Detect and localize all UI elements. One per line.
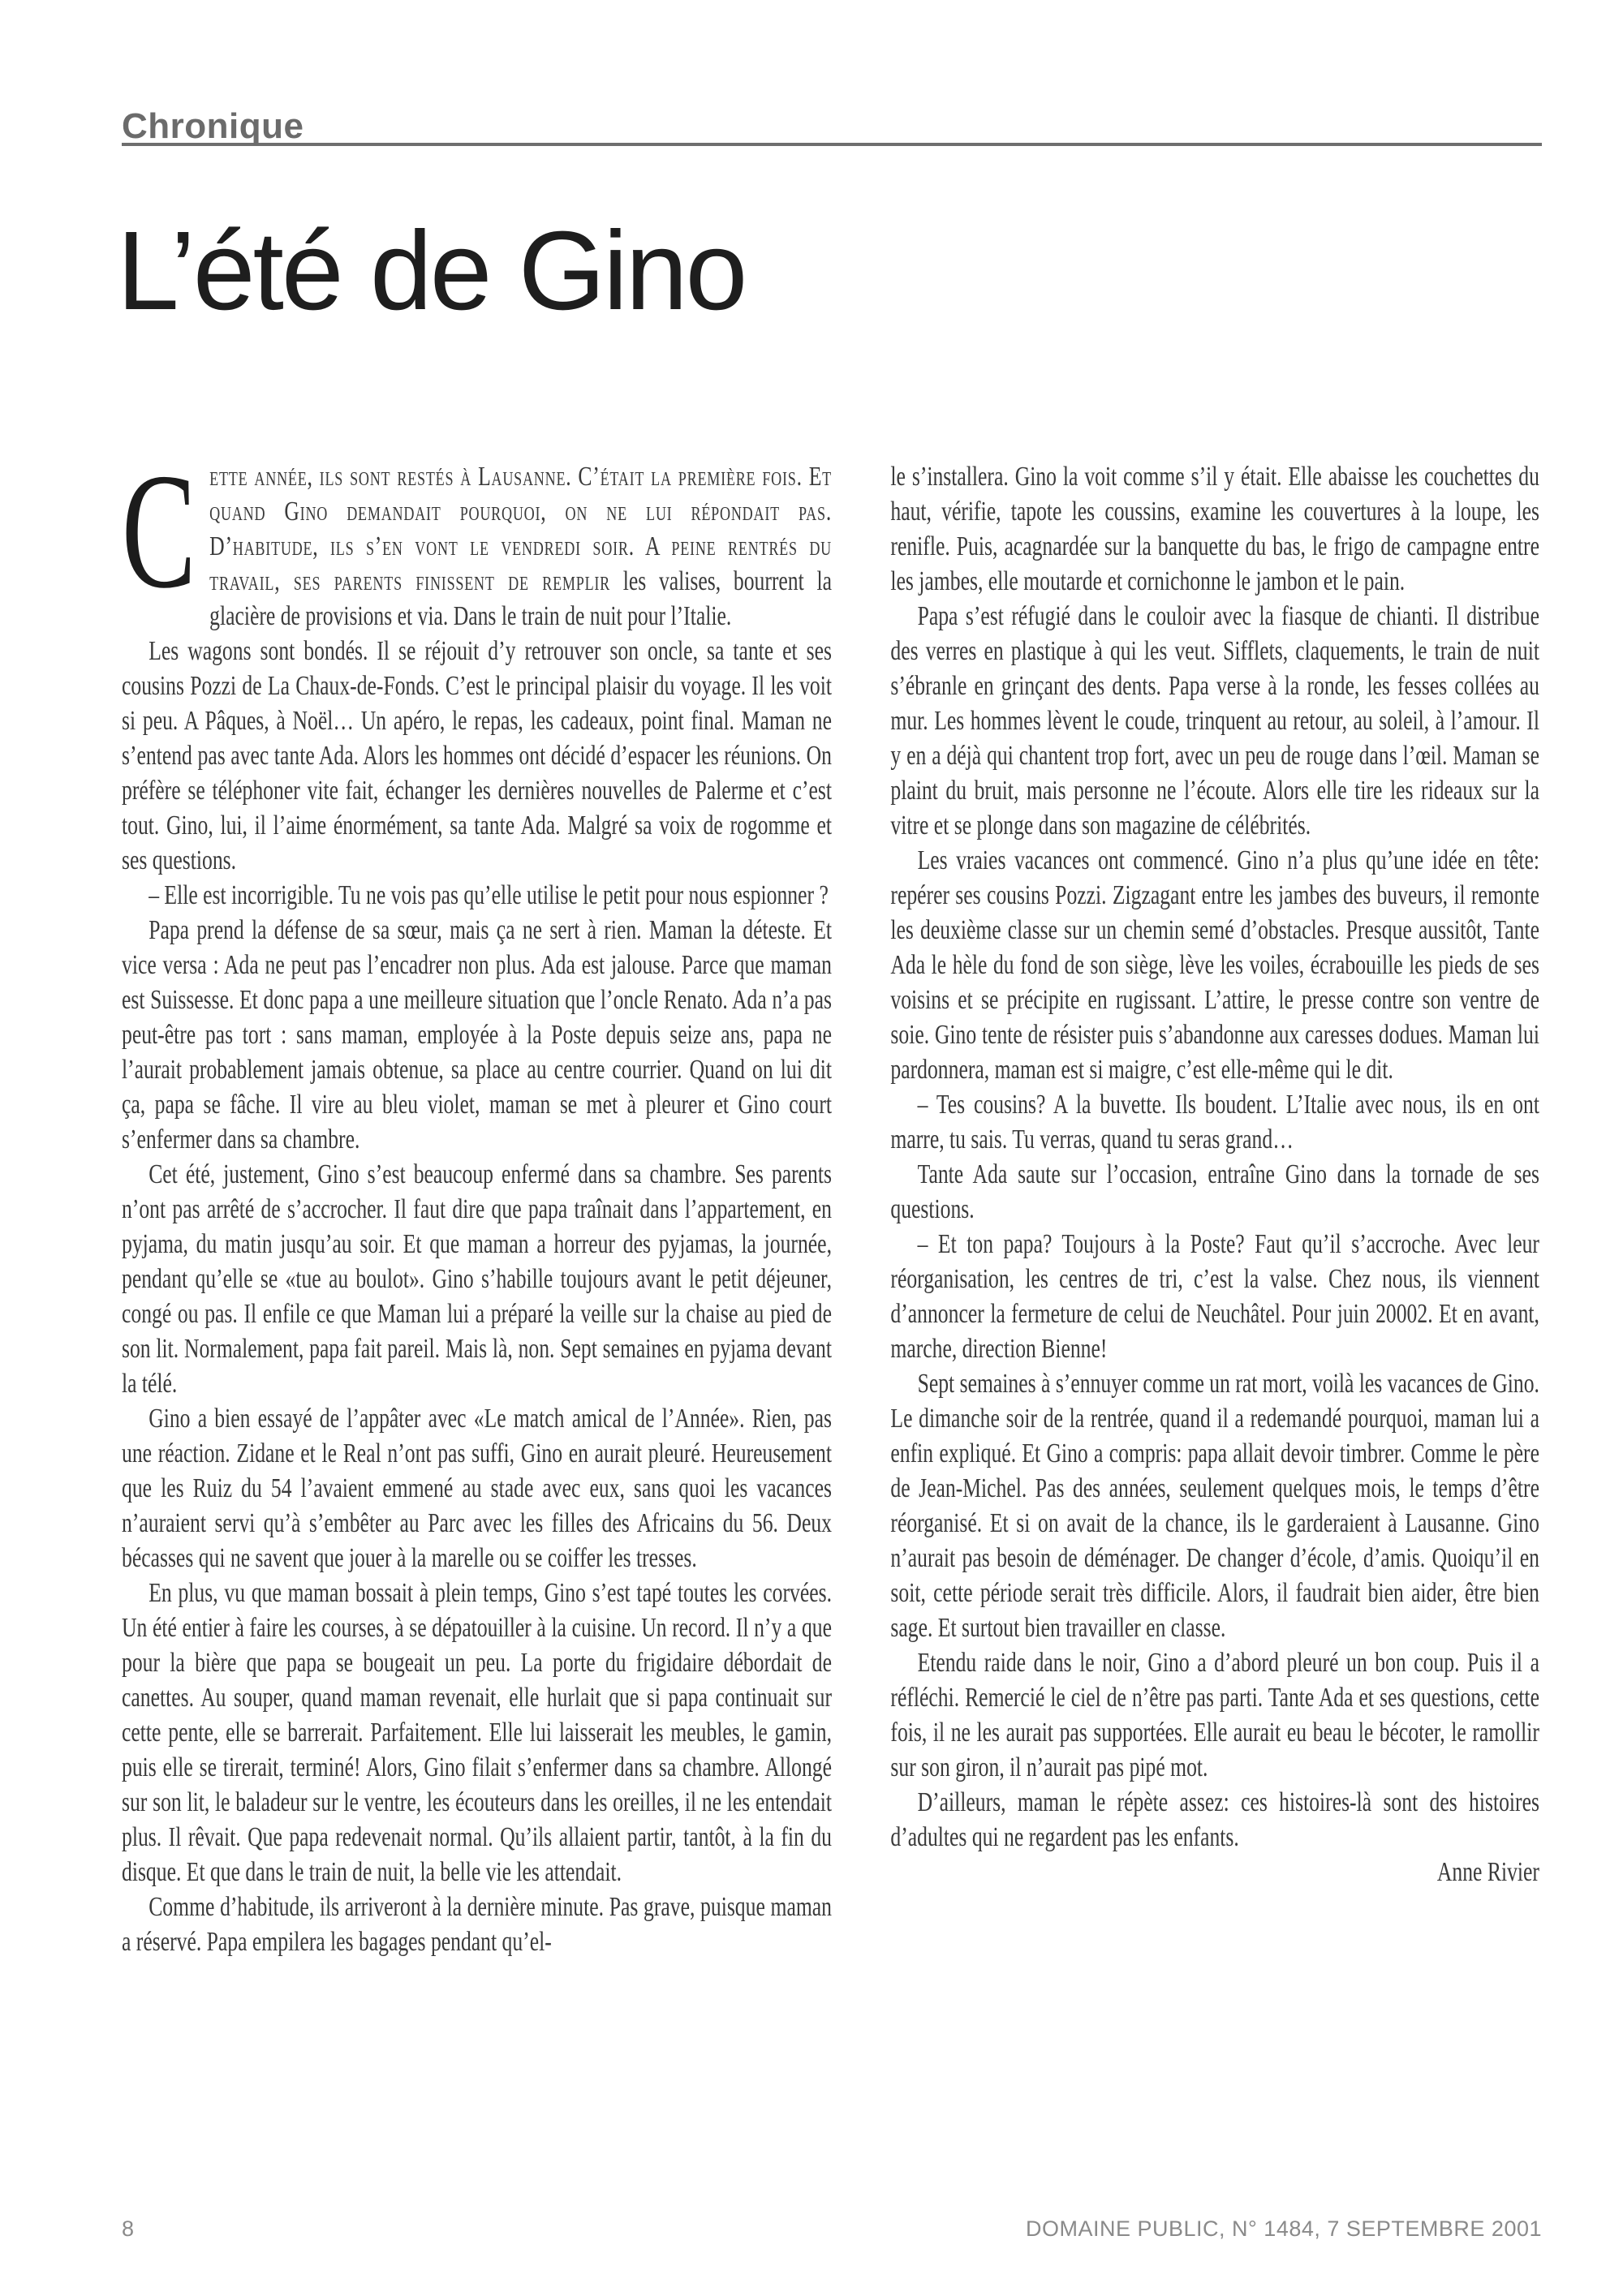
paragraph: Les wagons sont bondés. Il se réjouit d’… — [122, 634, 832, 878]
author-signature: Anne Rivier — [890, 1855, 1539, 1890]
paragraph: Cette année, ils sont restés à Lausanne.… — [122, 459, 832, 634]
paragraph: Cet été, justement, Gino s’est beaucoup … — [122, 1157, 832, 1401]
article-body: Cette année, ils sont restés à Lausanne.… — [122, 459, 1539, 1959]
paragraph: Papa s’est réfugié dans le couloir avec … — [890, 599, 1539, 843]
smallcaps-lead: ette année, ils sont restés à Lausanne. … — [209, 462, 832, 596]
paragraph: – Elle est incorrigible. Tu ne vois pas … — [122, 878, 832, 913]
page-number: 8 — [122, 2216, 134, 2242]
paragraph: Comme d’habitude, ils arriveront à la de… — [122, 1890, 832, 1959]
paragraph: D’ailleurs, maman le répète assez: ces h… — [890, 1785, 1539, 1855]
paragraph: Tante Ada saute sur l’occasion, entraîne… — [890, 1157, 1539, 1227]
paragraph: Gino a bien essayé de l’appâter avec «Le… — [122, 1401, 832, 1576]
paragraph: – Et ton papa? Toujours à la Poste? Faut… — [890, 1227, 1539, 1366]
drop-cap: C — [122, 459, 209, 617]
section-kicker: Chronique — [122, 109, 304, 144]
issue-line: DOMAINE PUBLIC, N° 1484, 7 SEPTEMBRE 200… — [1026, 2216, 1542, 2242]
text-column: Cette année, ils sont restés à Lausanne.… — [122, 459, 832, 1959]
magazine-page: Chronique L’été de Gino Cette année, ils… — [0, 0, 1623, 2296]
paragraph: Etendu raide dans le noir, Gino a d’abor… — [890, 1645, 1539, 1785]
paragraph: Sept semaines à s’ennuyer comme un rat m… — [890, 1366, 1539, 1645]
paragraph: En plus, vu que maman bossait à plein te… — [122, 1576, 832, 1890]
paragraph: – Tes cousins? A la buvette. Ils boudent… — [890, 1087, 1539, 1157]
article-title: L’été de Gino — [117, 213, 745, 330]
section-header: Chronique — [122, 96, 1542, 146]
page-footer: 8 DOMAINE PUBLIC, N° 1484, 7 SEPTEMBRE 2… — [122, 2216, 1542, 2242]
text-column: le s’installera. Gino la voit comme s’il… — [890, 459, 1539, 1959]
paragraph: Les vraies vacances ont commencé. Gino n… — [890, 843, 1539, 1087]
paragraph: Papa prend la défense de sa sœur, mais ç… — [122, 913, 832, 1157]
paragraph: le s’installera. Gino la voit comme s’il… — [890, 459, 1539, 599]
